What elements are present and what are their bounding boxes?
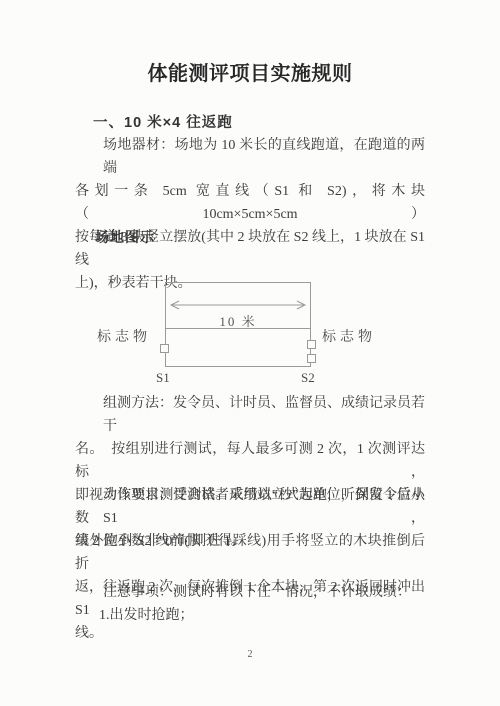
paragraph-line: 场地器材：场地为 10 米长的直线跑道，在跑道的两端 (75, 134, 425, 180)
wood-block-s1 (160, 344, 169, 353)
paragraph-line: 组测方法：发令员、计时员、监督员、成绩记录员若干 (75, 392, 425, 438)
court-diagram: 10 米 标志物 标志物 S1 S2 (0, 255, 500, 395)
diagram-heading: 场地图示 (95, 227, 155, 247)
double-arrow-icon (168, 299, 308, 311)
paragraph-line: 1.出发时抢跑； (75, 604, 425, 627)
paragraph-line: 名。 按组别进行测试，每人最多可测 2 次，1 次测评达标， (75, 438, 425, 484)
paragraph-notes: 注意事项：测试时有以下任一情况，不计取成绩： 1.出发时抢跑； (75, 581, 425, 627)
paragraph-line: 各划一条 5cm 宽直线（S1 和 S2)，将木块（10cm×5cm×5cm） (75, 180, 425, 226)
start-line-label: S1 (156, 370, 170, 386)
page-number: 2 (0, 649, 500, 660)
left-marker-label: 标志物 (97, 326, 151, 346)
paragraph-line: 注意事项：测试时有以下任一情况，不计取成绩： (75, 581, 425, 604)
wood-block-s2-lower (307, 354, 316, 363)
end-line-label: S2 (301, 370, 315, 386)
wood-block-s2-upper (307, 340, 316, 349)
document-page: 体能测评项目实施规则 一、10 米×4 往返跑 场地器材：场地为 10 米长的直… (0, 0, 500, 706)
paragraph-line: 动作要求：受测试者采用站立式起跑，听到发令后从 S1 (75, 484, 425, 530)
paragraph-line: 线外跑到 S2 线前(脚不得踩线)用手将竖立的木块推倒后折 (75, 530, 425, 576)
page-title: 体能测评项目实施规则 (0, 57, 500, 86)
right-marker-label: 标志物 (322, 326, 376, 346)
section-heading: 一、10 米×4 往返跑 (93, 111, 233, 132)
track-mid-line (165, 328, 311, 329)
